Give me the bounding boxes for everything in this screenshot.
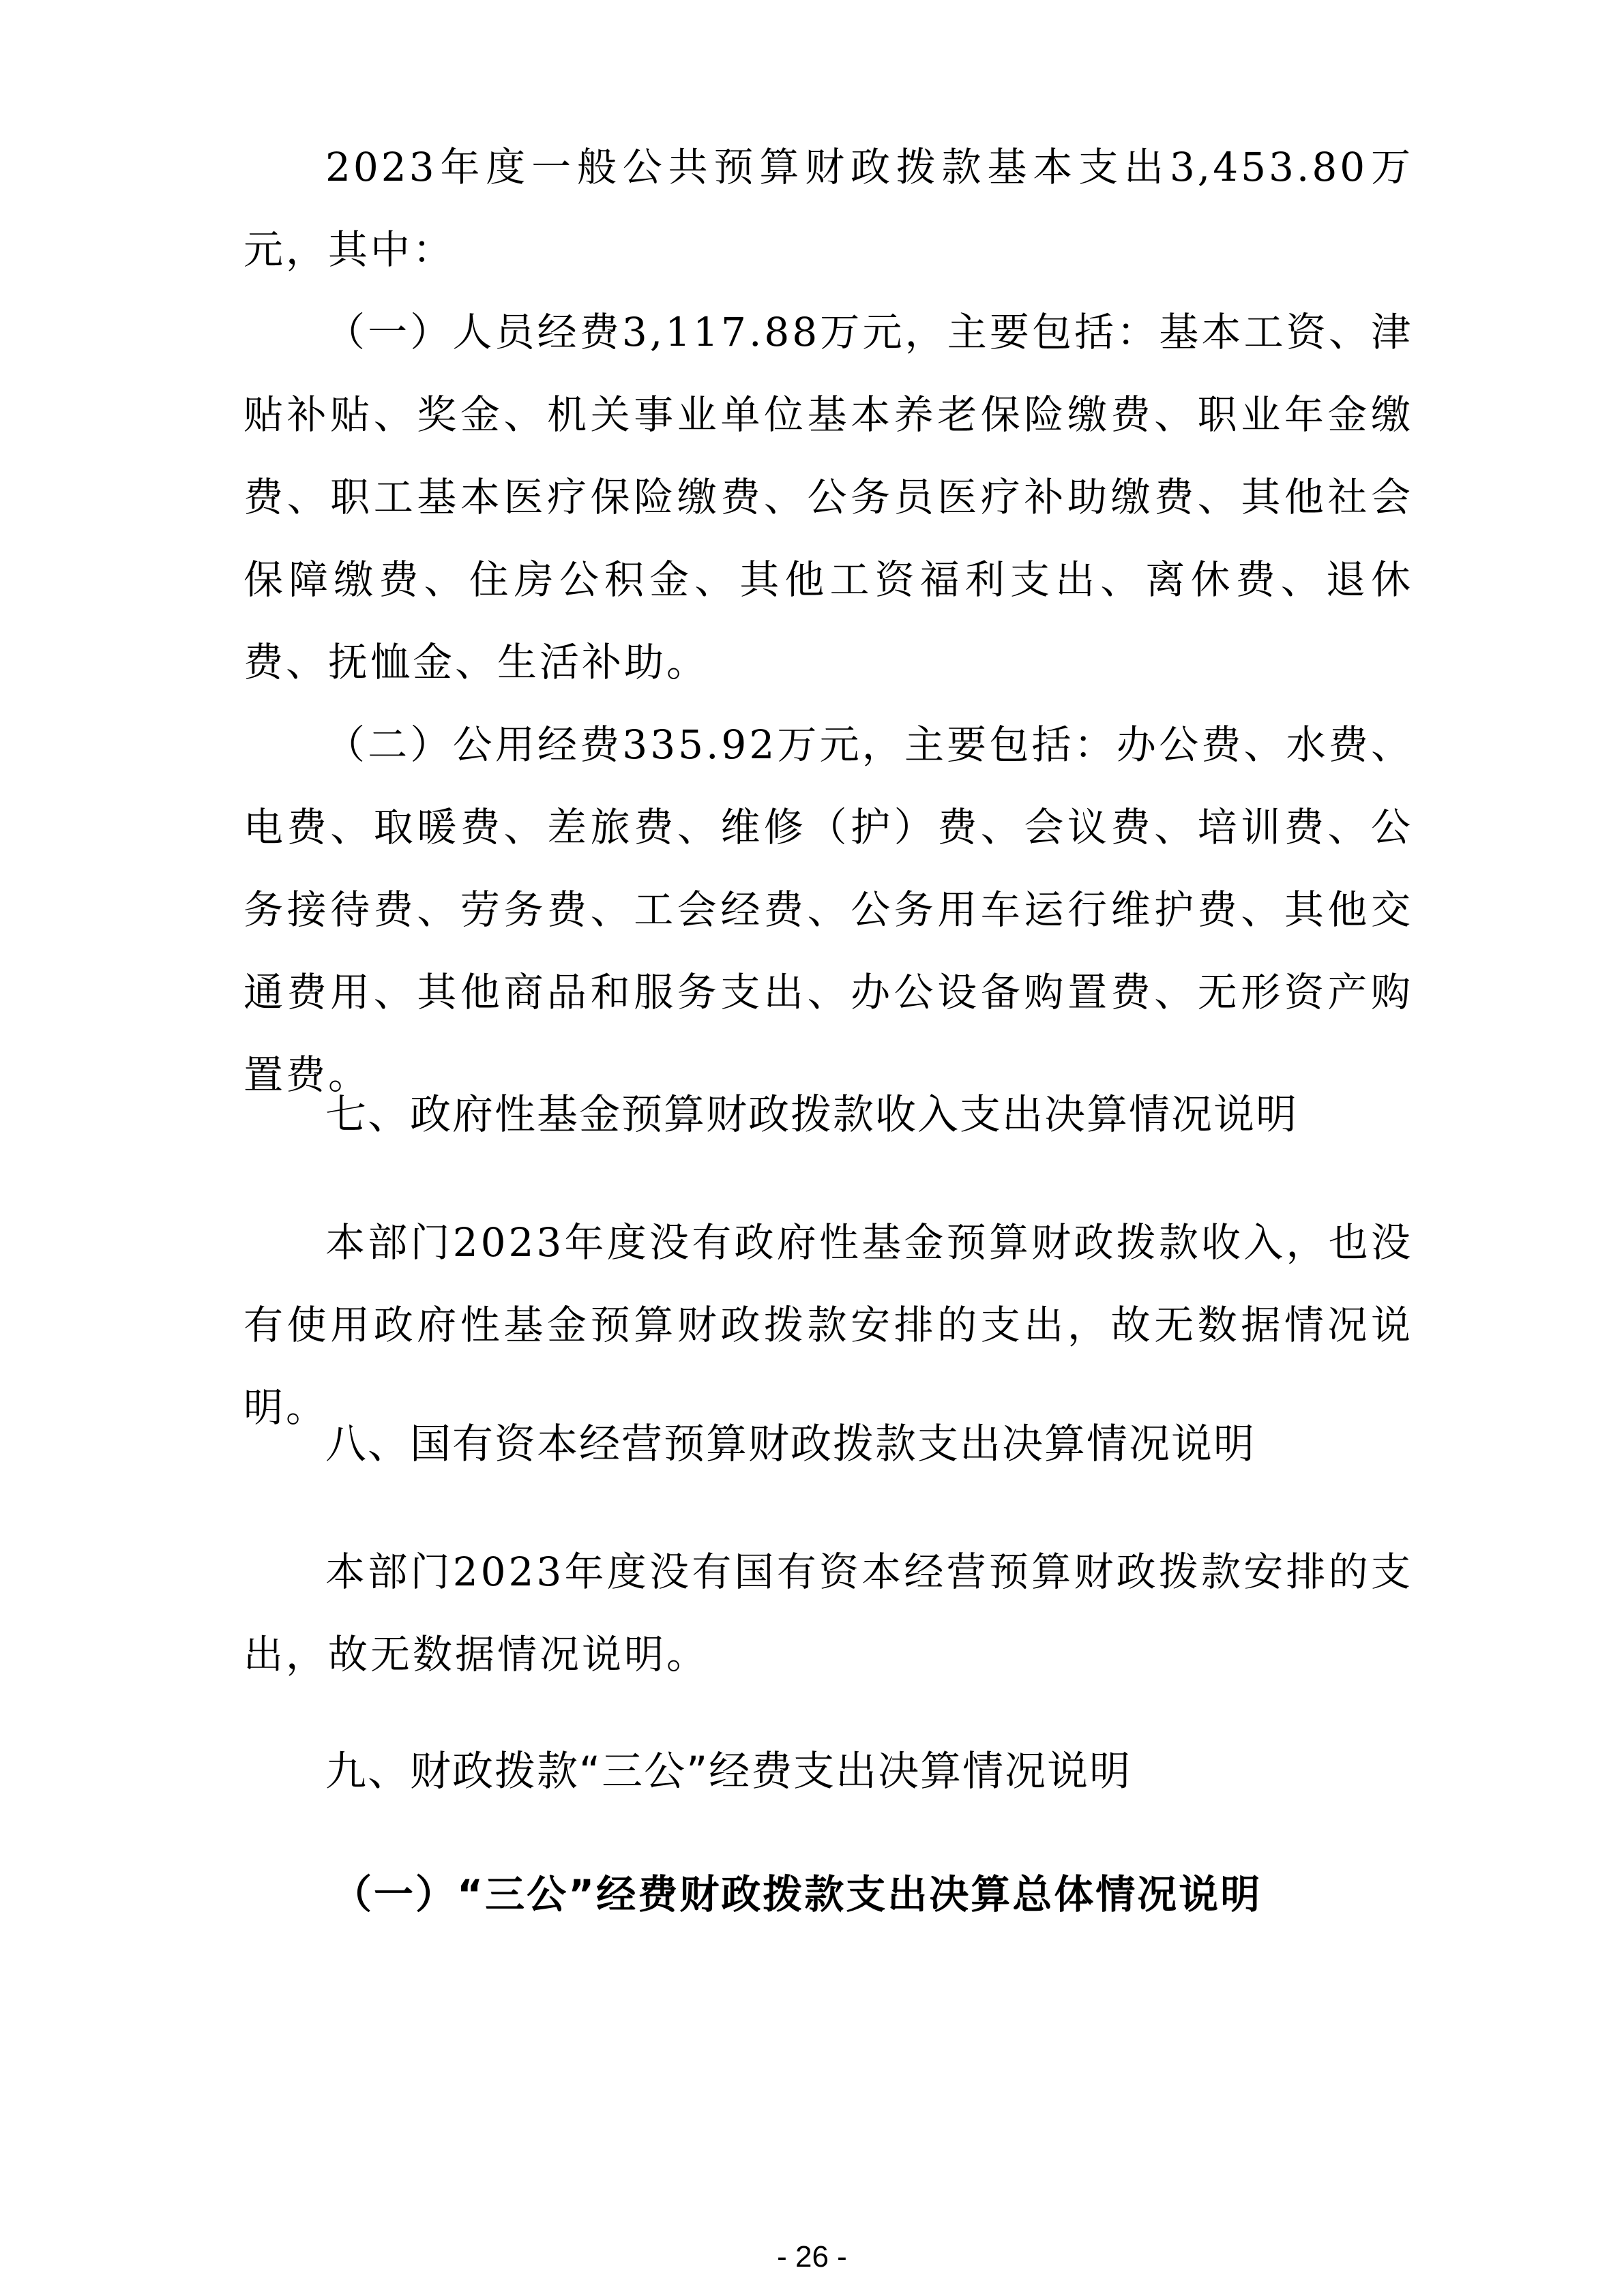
document-page: 2023年度一般公共预算财政拨款基本支出3,453.80万元，其中： （一）人员… [243, 0, 1413, 2296]
paragraph-personnel-expenditure: （一）人员经费3,117.88万元，主要包括：基本工资、津贴补贴、奖金、机关事业… [243, 291, 1413, 704]
paragraph-basic-expenditure: 2023年度一般公共预算财政拨款基本支出3,453.80万元，其中： [243, 126, 1413, 291]
subheading-section-9-1: （一）“三公”经费财政拨款支出决算总体情况说明 [332, 1867, 1423, 1922]
paragraph-public-use-expenditure: （二）公用经费335.92万元，主要包括：办公费、水费、电费、取暖费、差旅费、维… [243, 704, 1413, 1116]
heading-section-7: 七、政府性基金预算财政拨款收入支出决算情况说明 [325, 1088, 1417, 1142]
heading-section-8: 八、国有资本经营预算财政拨款支出决算情况说明 [325, 1417, 1417, 1472]
paragraph-state-capital: 本部门2023年度没有国有资本经营预算财政拨款安排的支出，故无数据情况说明。 [243, 1531, 1413, 1696]
paragraph-government-fund: 本部门2023年度没有政府性基金预算财政拨款收入，也没有使用政府性基金预算财政拨… [243, 1202, 1413, 1449]
page-number: - 26 - [0, 2240, 1624, 2274]
heading-section-9: 九、财政拨款“三公”经费支出决算情况说明 [325, 1744, 1417, 1799]
